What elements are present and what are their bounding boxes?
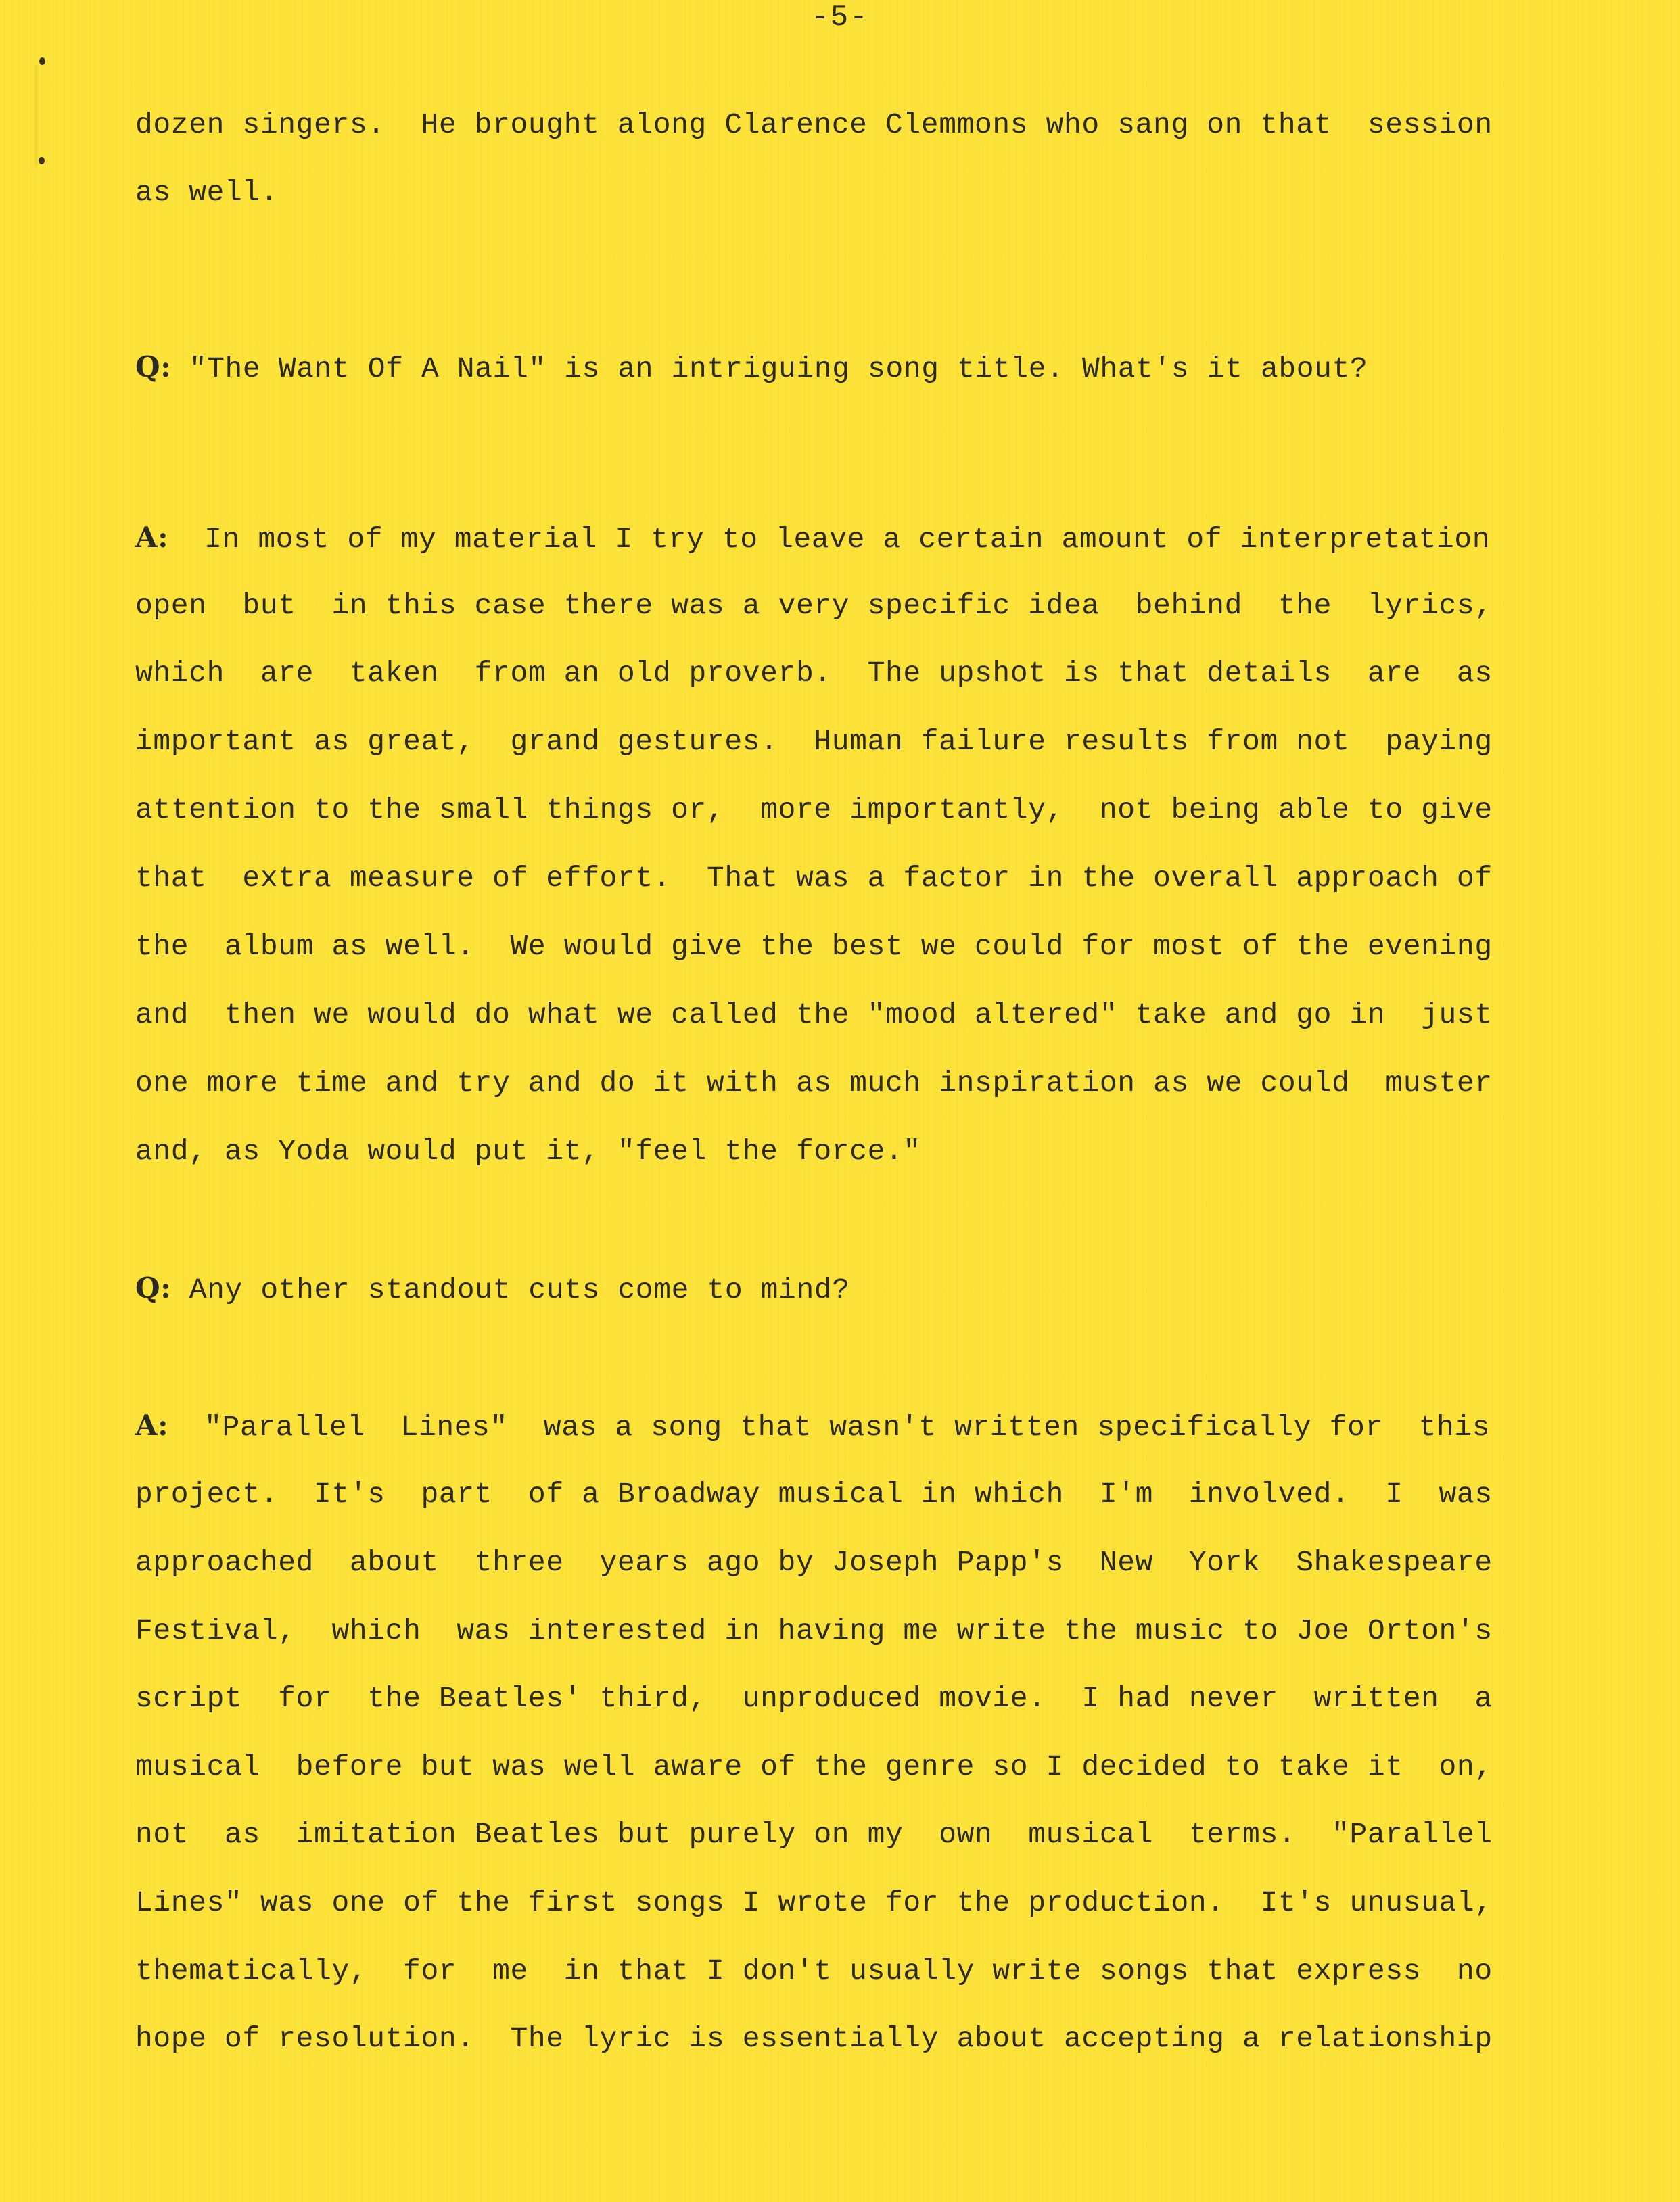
question-text: "The Want Of A Nail" is an intriguing so… [171, 352, 1368, 385]
continuation-line: dozen singers. He brought along Clarence… [135, 108, 1493, 142]
answer-1-line: open but in this case there was a very s… [135, 589, 1493, 623]
answer-1-line: important as great, grand gestures. Huma… [135, 725, 1493, 759]
answer-1-line: that extra measure of effort. That was a… [135, 862, 1493, 895]
answer-1-line: and, as Yoda would put it, "feel the for… [135, 1135, 921, 1169]
punch-hole-mark-bottom [39, 157, 45, 164]
answer-1-line: one more time and try and do it with as … [135, 1067, 1493, 1100]
question-text: Any other standout cuts come to mind? [171, 1273, 849, 1307]
punch-hole-mark-top [39, 57, 45, 65]
page-number: -5- [0, 0, 1680, 35]
answer-2-line: hope of resolution. The lyric is essenti… [135, 2022, 1493, 2056]
answer-label: A: [135, 521, 168, 554]
answer-1-line: which are taken from an old proverb. The… [135, 657, 1493, 690]
question-label: Q: [135, 1271, 171, 1305]
answer-1-line: the album as well. We would give the bes… [135, 930, 1493, 964]
answer-2-line: project. It's part of a Broadway musical… [135, 1478, 1493, 1512]
answer-2-line: A: "Parallel Lines" was a song that wasn… [135, 1409, 1490, 1445]
answer-2-line: Festival, which was interested in having… [135, 1614, 1493, 1648]
answer-2-line: script for the Beatles' third, unproduce… [135, 1682, 1493, 1716]
paper-fold-mark [35, 64, 39, 166]
answer-2-line: not as imitation Beatles but purely on m… [135, 1818, 1493, 1852]
answer-text: In most of my material I try to leave a … [168, 523, 1490, 556]
continuation-line: as well. [135, 176, 278, 210]
answer-label: A: [135, 1409, 168, 1442]
question-label: Q: [135, 350, 171, 383]
answer-1-line: A: In most of my material I try to leave… [135, 521, 1490, 557]
question-2: Q: Any other standout cuts come to mind? [135, 1271, 850, 1307]
answer-1-line: and then we would do what we called the … [135, 998, 1493, 1032]
answer-2-line: thematically, for me in that I don't usu… [135, 1954, 1493, 1988]
answer-2-line: musical before but was well aware of the… [135, 1750, 1493, 1784]
question-1: Q: "The Want Of A Nail" is an intriguing… [135, 350, 1368, 386]
answer-2-line: approached about three years ago by Jose… [135, 1546, 1493, 1580]
answer-text: "Parallel Lines" was a song that wasn't … [168, 1411, 1490, 1444]
answer-1-line: attention to the small things or, more i… [135, 793, 1493, 827]
answer-2-line: Lines" was one of the first songs I wrot… [135, 1886, 1493, 1920]
